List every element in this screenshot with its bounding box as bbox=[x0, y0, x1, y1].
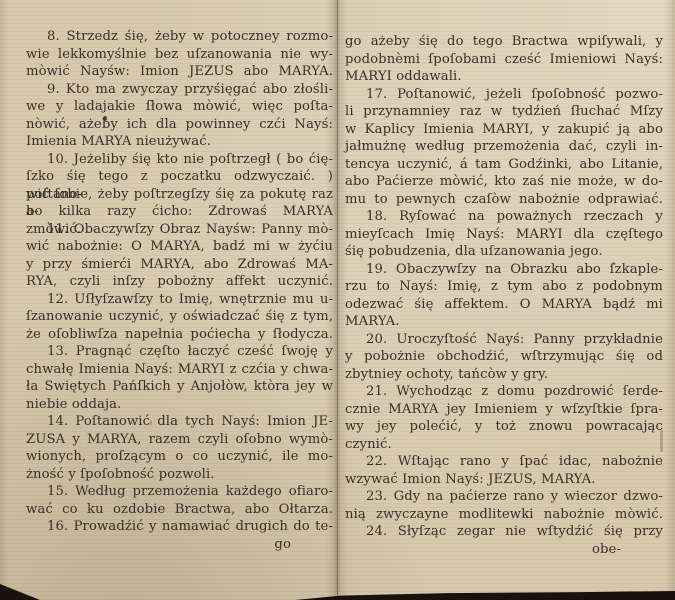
text-line: żność y ſpoſobność pozwoli. bbox=[26, 466, 333, 484]
text-line: y pobożnie obchodźić, wſtrzymując śię od bbox=[345, 348, 663, 366]
text-line: jałmużnę według przemożenia dać, czyli i… bbox=[345, 138, 663, 156]
right-edge-shadow bbox=[665, 0, 675, 600]
text-line: mu to pewnych czaſòw nabożnie odprawiać. bbox=[345, 191, 663, 209]
text-line: wie lekkomyślnie bez uſzanowania nie wy- bbox=[26, 46, 333, 64]
text-line: 12. Uſłyſzawſzy to Imię, wnętrznie mu u- bbox=[26, 291, 333, 309]
right-page: go ażeby śię do tego Bractwa wpiſywali, … bbox=[345, 33, 663, 558]
text-line: w Kaplicy Imienia MARYI, y zakupić ją ab… bbox=[345, 121, 663, 139]
text-line: nią zwyczayne modlitewki nabożnie mòwić. bbox=[345, 506, 663, 524]
text-line: 16. Prowadźić y namawiać drugich do te- bbox=[26, 518, 333, 536]
text-line: nòwić, ażeby ich dla powinney czći Nayś: bbox=[26, 116, 333, 134]
text-line: RYA, czyli inſzy pobożny affekt uczynić. bbox=[26, 273, 333, 291]
text-line: bo kilka razy ćicho: Zdrowaś MARYA zmòwi… bbox=[26, 203, 333, 221]
text-line: zbytniey ochoty, tańcòw y gry. bbox=[345, 366, 663, 384]
text-line: 8. Strzedz śię, żeby w potoczney rozmo- bbox=[26, 28, 333, 46]
text-line: 18. Ryſować na poważnych rzeczach y bbox=[345, 208, 663, 226]
text-line: 19. Obaczywſzy na Obrazku abo ſzkaple- bbox=[345, 261, 663, 279]
text-line: ſzanowanie uczynić, y oświadczać śię z t… bbox=[26, 308, 333, 326]
text-line: 13. Pragnąć częſto łaczyć cześć ſwoję y bbox=[26, 343, 333, 361]
page-gutter-shadow bbox=[326, 0, 348, 600]
text-line: rzu to Nayś: Imię, z tym abo z podobnym bbox=[345, 278, 663, 296]
text-line: 23. Gdy na paćierze rano y wieczor dzwo- bbox=[345, 488, 663, 506]
text-line: y przy śmierći MARYA, abo Zdrowaś MA- bbox=[26, 256, 333, 274]
book-edge-bottom-left bbox=[0, 584, 40, 600]
text-line: we y ladajakie ſłowa mòwić, więc poſta- bbox=[26, 98, 333, 116]
text-line: 24. Słyſząc zegar nie wſtydźić śię przy bbox=[345, 523, 663, 541]
text-line: tencya uczynić, á tam Godźinki, abo Lita… bbox=[345, 156, 663, 174]
paper-speckle bbox=[660, 430, 663, 452]
text-line: czynić. bbox=[345, 436, 663, 454]
left-page-catchword: go bbox=[26, 536, 333, 554]
text-line: 14. Poſtanowić dla tych Nayś: Imion JE- bbox=[26, 413, 333, 431]
text-line: abo Paćierze mòwić, kto zaś nie może, w … bbox=[345, 173, 663, 191]
text-line: podobnèmi ſpoſobami cześć Imieniowi Nayś… bbox=[345, 51, 663, 69]
text-line: Imienia MARYA nieużywać. bbox=[26, 133, 333, 151]
text-line: wzywać Imion Nayś: JEZUS, MARYA. bbox=[345, 471, 663, 489]
text-line: 20. Uroczyſtość Nayś: Panny przykładnie bbox=[345, 331, 663, 349]
ink-blot bbox=[103, 116, 107, 121]
text-line: li przynamniey raz w tydźień ſłuchać Mſz… bbox=[345, 103, 663, 121]
left-page-text: 8. Strzedz śię, żeby w potoczney rozmo-w… bbox=[26, 28, 333, 536]
text-line: ZUSA y MARYA, razem czyli oſobno wymò- bbox=[26, 431, 333, 449]
book-edge-bottom-right bbox=[295, 589, 675, 600]
text-line: MARYI oddawali. bbox=[345, 68, 663, 86]
paper-speckle bbox=[150, 420, 152, 426]
text-line: ſzko śię tego z poczatku odzwyczaić. ) p… bbox=[26, 168, 333, 186]
text-line: 22. Wſtając rano y ſpać idac, nabożnie bbox=[345, 453, 663, 471]
text-line: 21. Wychodząc z domu pozdrowić ſerde- bbox=[345, 383, 663, 401]
text-line: go ażeby śię do tego Bractwa wpiſywali, … bbox=[345, 33, 663, 51]
text-line: odezwać śię affektem. O MARYA bądź mi bbox=[345, 296, 663, 314]
text-line: wy jey polećić, y toż znowu powracając bbox=[345, 418, 663, 436]
text-line: mieyſcach Imię Nayś: MARYI dla częſtego bbox=[345, 226, 663, 244]
text-line: 17. Poſtanowić, jeżeli ſpoſobność pozwo- bbox=[345, 86, 663, 104]
text-line: chwałę Imienia Nayś: MARYI z czćia y chw… bbox=[26, 361, 333, 379]
text-line: śię pobudzenia, dla uſzanowania jego. bbox=[345, 243, 663, 261]
text-line: wionych, proſzącym o co uczynić, ile mo- bbox=[26, 448, 333, 466]
text-line: niebie oddaja. bbox=[26, 396, 333, 414]
text-line: wić nabożnie: O MARYA, badź mi w żyćiu bbox=[26, 238, 333, 256]
text-line: cznie MARYA jey Imieniem y wſzyſtkie ſpr… bbox=[345, 401, 663, 419]
text-line: ła Swiętych Pańſkich y Anjołòw, ktòra je… bbox=[26, 378, 333, 396]
left-edge-shadow bbox=[0, 0, 8, 600]
text-line: 10. Jeżeliby śię kto nie poſtrzegł ( bo … bbox=[26, 151, 333, 169]
text-line: wić ſobie, żeby poſtrzegſzy śię za pokut… bbox=[26, 186, 333, 204]
text-line: 15. Według przemożenia każdego ofiaro- bbox=[26, 483, 333, 501]
paper-speckle bbox=[612, 262, 615, 265]
text-line: mòwić Nayśw: Imion JEZUS abo MARYA. bbox=[26, 63, 333, 81]
text-line: 9. Kto ma zwyczay przyśięgać abo złośli- bbox=[26, 81, 333, 99]
right-page-catchword: obe- bbox=[345, 541, 663, 559]
right-page-text: go ażeby śię do tego Bractwa wpiſywali, … bbox=[345, 33, 663, 541]
left-page: 8. Strzedz śię, żeby w potoczney rozmo-w… bbox=[26, 28, 333, 553]
text-line: 11. Obaczywſzy Obraz Nayśw: Panny mò- bbox=[26, 221, 333, 239]
text-line: MARYA. bbox=[345, 313, 663, 331]
book-scan: 8. Strzedz śię, żeby w potoczney rozmo-w… bbox=[0, 0, 675, 600]
text-line: wać co ku ozdobie Bractwa, abo Ołtarza. bbox=[26, 501, 333, 519]
text-line: że oſobliwſza napełnia poćiecha y ſłodyc… bbox=[26, 326, 333, 344]
